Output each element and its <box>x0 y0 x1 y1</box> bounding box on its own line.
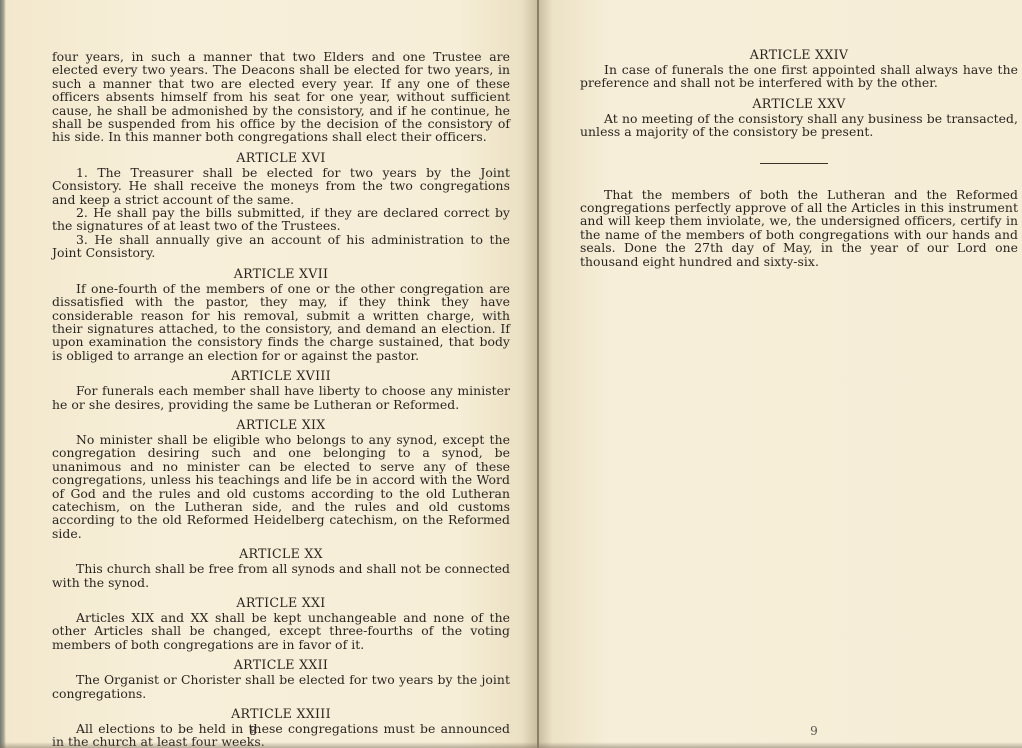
closing-certification: That the members of both the Lutheran an… <box>580 188 1018 268</box>
article-paragraph: 3. He shall annually give an account of … <box>52 233 510 260</box>
article-paragraph: 2. He shall pay the bills submitted, if … <box>52 206 510 233</box>
page-bottom-edge <box>0 742 1022 748</box>
article-heading: ARTICLE XVIII <box>52 369 510 383</box>
article-paragraph: For funerals each member shall have libe… <box>52 384 510 411</box>
article-paragraph: Articles XIX and XX shall be kept unchan… <box>52 611 510 651</box>
article-xx: ARTICLE XX This church shall be free fro… <box>52 547 510 589</box>
article-heading: ARTICLE XVII <box>52 267 510 281</box>
article-xvii: ARTICLE XVII If one-fourth of the member… <box>52 267 510 362</box>
left-page: four years, in such a manner that two El… <box>0 0 538 748</box>
article-xviii: ARTICLE XVIII For funerals each member s… <box>52 369 510 411</box>
article-xxi: ARTICLE XXI Articles XIX and XX shall be… <box>52 596 510 651</box>
article-paragraph: No minister shall be eligible who belong… <box>52 433 510 540</box>
article-xxii: ARTICLE XXII The Organist or Chorister s… <box>52 658 510 700</box>
book-gutter <box>537 0 539 748</box>
book-spread: four years, in such a manner that two El… <box>0 0 1022 748</box>
article-heading: ARTICLE XVI <box>52 151 510 165</box>
article-heading: ARTICLE XIX <box>52 418 510 432</box>
article-heading: ARTICLE XXI <box>52 596 510 610</box>
page-number: 9 <box>572 724 1022 738</box>
article-paragraph: 1. The Treasurer shall be elected for tw… <box>52 166 510 206</box>
article-xxiv: ARTICLE XXIV In case of funerals the one… <box>580 48 1018 90</box>
article-xxv: ARTICLE XXV At no meeting of the consist… <box>580 97 1018 139</box>
article-heading: ARTICLE XX <box>52 547 510 561</box>
article-heading: ARTICLE XXII <box>52 658 510 672</box>
article-paragraph: If one-fourth of the members of one or t… <box>52 282 510 362</box>
article-paragraph: This church shall be free from all synod… <box>52 562 510 589</box>
right-page: ARTICLE XXIV In case of funerals the one… <box>538 0 1022 748</box>
article-xix: ARTICLE XIX No minister shall be eligibl… <box>52 418 510 540</box>
article-heading: ARTICLE XXV <box>580 97 1018 111</box>
article-xvi: ARTICLE XVI 1. The Treasurer shall be el… <box>52 151 510 260</box>
section-divider <box>760 163 828 164</box>
page-number: 8 <box>0 724 522 738</box>
article-paragraph: The Organist or Chorister shall be elect… <box>52 673 510 700</box>
article-heading: ARTICLE XXIV <box>580 48 1018 62</box>
article-paragraph: In case of funerals the one first appoin… <box>580 63 1018 90</box>
continuation-paragraph: four years, in such a manner that two El… <box>52 50 510 144</box>
article-heading: ARTICLE XXIII <box>52 707 510 721</box>
book-edge <box>0 0 6 748</box>
article-paragraph: At no meeting of the consistory shall an… <box>580 112 1018 139</box>
